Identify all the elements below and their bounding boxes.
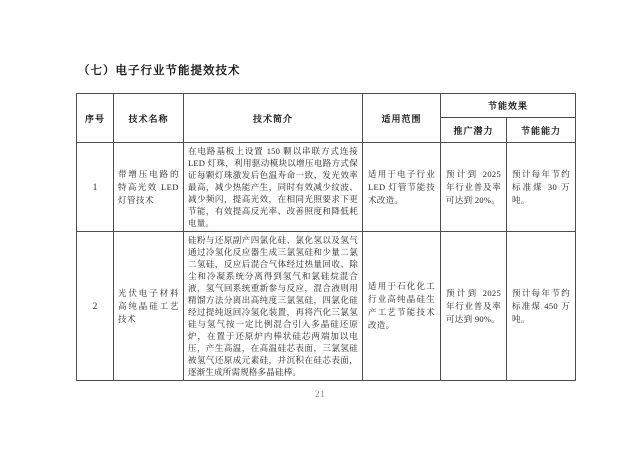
cell-applicable-scope: 适用于电子行业 LED 灯管节能技术改造。 [363,143,441,232]
table-header: 序号 技术名称 技术简介 适用范围 节能效果 推广潜力 节能能力 [77,94,576,143]
header-technology-intro: 技术简介 [184,94,363,143]
cell-promotion-potential: 预计到 2025 年行业普及率可达到 20%。 [441,143,507,232]
technology-table: 序号 技术名称 技术简介 适用范围 节能效果 推广潜力 节能能力 1 带增压电路… [76,93,576,381]
cell-technology-name: 带增压电路的特高光效 LED 灯管技术 [114,143,184,232]
header-serial-number: 序号 [77,94,114,143]
cell-technology-intro: 在电路基板上设置 150 颗以串联方式连接 LED 灯珠，利用驱动模块以增压电路… [184,143,363,232]
header-promotion-potential: 推广潜力 [441,118,507,143]
cell-promotion-potential: 预计到 2025 年行业普及率可达到 90%。 [441,232,507,381]
header-applicable-scope: 适用范围 [363,94,441,143]
cell-serial-number: 2 [77,232,114,381]
header-energy-saving-effect: 节能效果 [441,94,576,118]
page-number: 21 [0,389,640,399]
cell-technology-intro: 硅粉与还原副产四氯化硅、氯化氢以及氢气通过冷氢化反应器生成三氯氢硅和少量二氯二氢… [184,232,363,381]
cell-technology-name: 光伏电子材料高纯晶硅工艺技术 [114,232,184,381]
cell-saving-capability: 预计每年节约标准煤 30 万吨。 [507,143,576,232]
header-saving-capability: 节能能力 [507,118,576,143]
header-technology-name: 技术名称 [114,94,184,143]
table-row: 2 光伏电子材料高纯晶硅工艺技术 硅粉与还原副产四氯化硅、氯化氢以及氢气通过冷氢… [77,232,576,381]
document-page: （七）电子行业节能提效技术 序号 技术名称 技术简介 适用范围 节能效果 推广潜… [0,0,640,453]
cell-serial-number: 1 [77,143,114,232]
cell-applicable-scope: 适用于石化化工行业高纯晶硅生产工艺节能技术改造。 [363,232,441,381]
table-row: 1 带增压电路的特高光效 LED 灯管技术 在电路基板上设置 150 颗以串联方… [77,143,576,232]
section-title: （七）电子行业节能提效技术 [78,62,241,78]
cell-saving-capability: 预计每年节约标准煤 450 万吨。 [507,232,576,381]
